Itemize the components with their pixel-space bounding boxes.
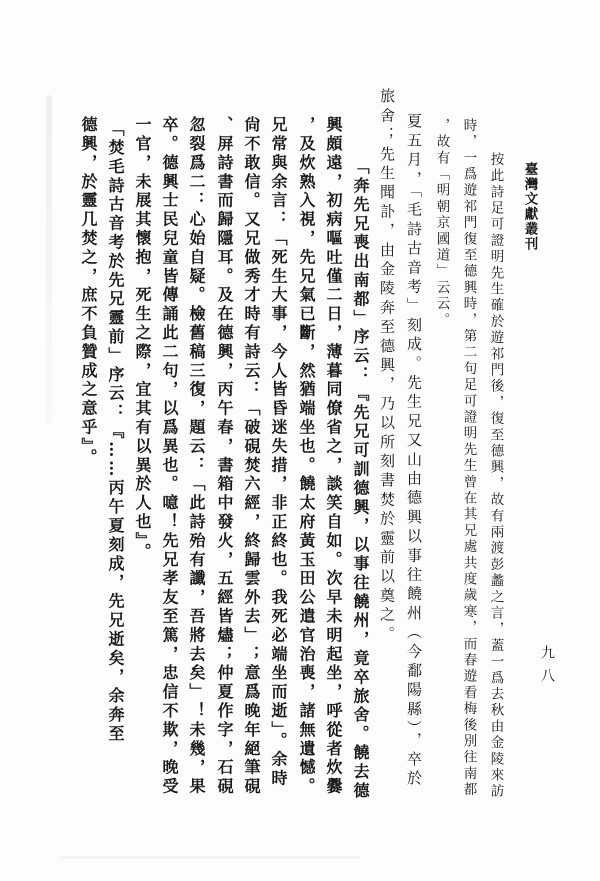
text-column: 德興，於靈几焚之，庶不負贊成之意乎』。 <box>80 116 96 467</box>
text-column: 卒。德興士民兒童皆傳誦此二句，以爲異也。噫！先兄孝友至篤，忠信不欺，晚受 <box>161 116 177 796</box>
text-column: 「焚毛詩古音考於先兄靈前」序云：『……丙午夏刻成，先兄逝矣，余奔至 <box>107 120 123 744</box>
text-column: 一官，未展其懷抱，死生之際，宜其有以異於人也』。 <box>134 116 150 562</box>
text-column: 、屏詩書而歸隱耳。及在德興，丙午春，書箱中發火，五經皆燼；仲夏作字，石硯 <box>216 116 232 796</box>
text-column: 時，一爲遊祁門復至德興時，第二句足可證明先生曾在其兄處共度歲寒，而春遊看梅後別往… <box>461 118 475 798</box>
page-number: 九八 <box>540 645 554 691</box>
text-column: 夏五月，「毛詩古音考」刻成。先生兄又山由德興以事往饒州（今鄱陽縣），卒於 <box>406 113 421 789</box>
text-column: 興頗遠，初病嘔吐僅二日，薄暮同僚省之，談笑自如。次早未明起坐，呼從者炊爨 <box>325 116 341 796</box>
running-header: 臺灣文獻叢刊 <box>522 162 536 251</box>
text-column: ，及炊熟入視，先兄氣已斷，然猶端坐也。饒太府黃玉田公遣官治喪，諸無遺憾。 <box>298 116 314 796</box>
text-column: 忽裂爲二：心始自疑。檢舊稿三復，題云：「此詩殆有讖，吾將去矣」！未幾，果 <box>188 116 204 796</box>
scan-artifact <box>46 95 52 425</box>
scan-artifact <box>60 856 360 859</box>
text-column: 尙不敢信。又兄做秀才時有詩云：「破硯焚六經，終歸雲外去」；意爲晚年絕筆硯 <box>243 116 259 796</box>
text-column: ，故有「明朝京國道」云云。 <box>434 118 448 329</box>
scanned-book-page: 臺灣文獻叢刊 九八 按此詩足可證明先生確於遊祁門後，復至德興，故有兩渡彭蠡之言，… <box>0 0 600 881</box>
text-column: 「奔先兄喪出南都」序云：『先兄可訓德興，以事往饒州，竟卒旅舍。饒去德 <box>352 158 368 801</box>
text-column: 兄常與余言：「死生大事，今人皆昏迷失措，非正終也。我死必端坐而逝」。余時 <box>270 116 286 788</box>
text-column: 按此詩足可證明先生確於遊祁門後，復至德興，故有兩渡彭蠡之言，蓋一爲去秋由金陵來訪 <box>488 152 502 800</box>
text-column: 旅舍；先生聞訃，由金陵奔至德興，乃以所刻書焚於靈前以奠之。 <box>379 88 394 645</box>
